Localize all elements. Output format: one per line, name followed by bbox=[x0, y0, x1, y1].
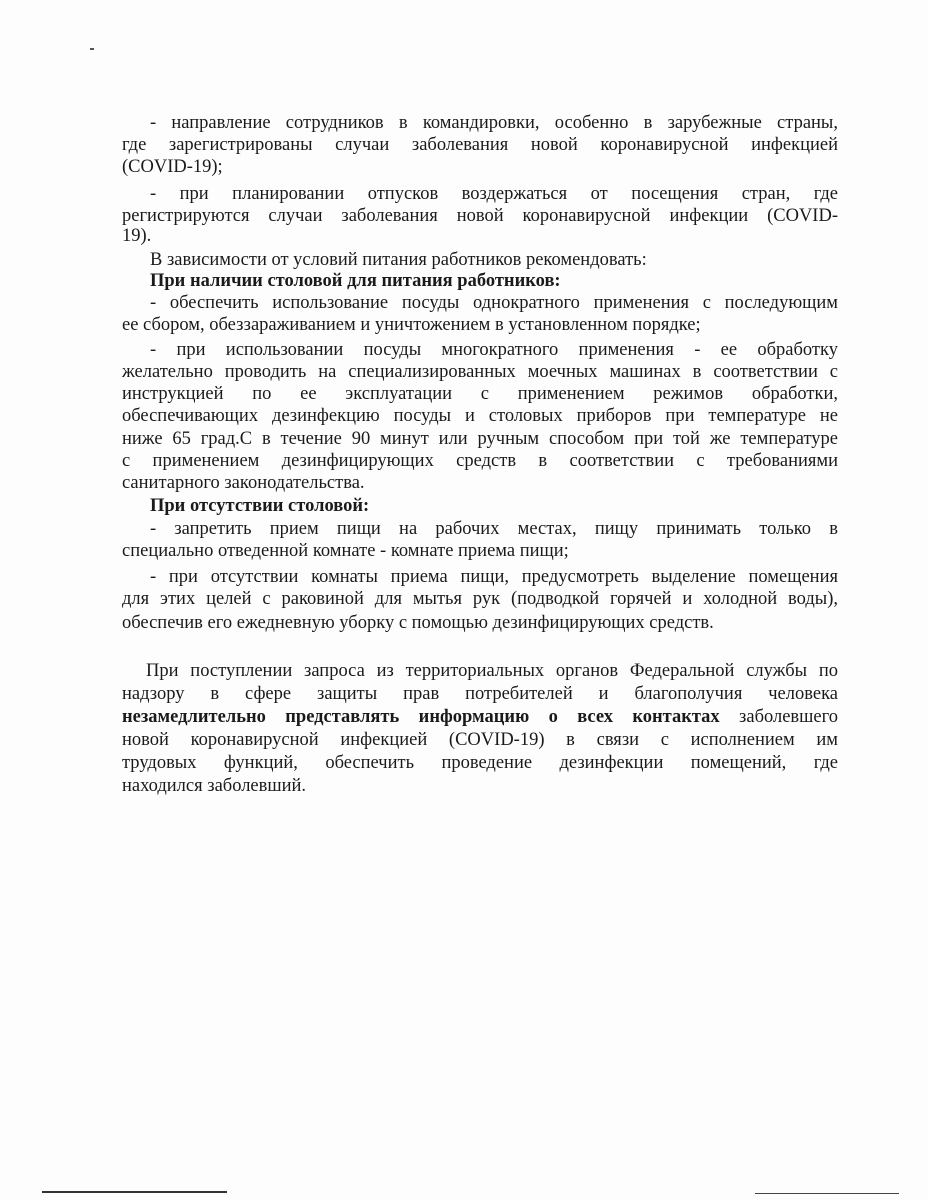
text-line: 19). bbox=[122, 225, 838, 247]
text-line: с применением дезинфицирующих средств в … bbox=[122, 450, 838, 472]
section-heading: При отсутствии столовой: bbox=[150, 495, 838, 517]
footer-rule-right bbox=[755, 1193, 899, 1194]
text-line: обеспечив его ежедневную уборку с помощь… bbox=[122, 612, 838, 634]
text-line: обеспечивающих дезинфекцию посуды и стол… bbox=[122, 405, 838, 427]
footer-rule-left bbox=[42, 1191, 227, 1193]
section-heading: При наличии столовой для питания работни… bbox=[150, 270, 838, 292]
text-line: - при использовании посуды многократного… bbox=[150, 339, 838, 361]
text-line: ниже 65 град.С в течение 90 минут или ру… bbox=[122, 428, 838, 450]
text-line: - при планировании отпусков воздержаться… bbox=[150, 183, 838, 205]
text-line: (COVID-19); bbox=[122, 156, 838, 178]
final-paragraph-line-2: надзору в сфере защиты прав потребителей… bbox=[122, 683, 838, 705]
text-line: В зависимости от условий питания работни… bbox=[150, 249, 838, 271]
final-paragraph-line-6: находился заболевший. bbox=[122, 775, 838, 797]
text-line: - обеспечить использование посуды однокр… bbox=[150, 292, 838, 314]
text-line: инструкцией по ее эксплуатации с примене… bbox=[122, 383, 838, 405]
text-line: специально отведенной комнате - комнате … bbox=[122, 540, 838, 562]
text-line: санитарного законодательства. bbox=[122, 472, 838, 494]
document-page: - направление сотрудников в командировки… bbox=[0, 0, 928, 1200]
text-line: для этих целей с раковиной для мытья рук… bbox=[122, 588, 838, 610]
text-line: ее сбором, обеззараживанием и уничтожени… bbox=[122, 314, 838, 336]
text-line: желательно проводить на специализированн… bbox=[122, 361, 838, 383]
text-line: регистрируются случаи заболевания новой … bbox=[122, 205, 838, 227]
final-paragraph-line-4: новой коронавирусной инфекцией (COVID-19… bbox=[122, 729, 838, 751]
text-line: где зарегистрированы случаи заболевания … bbox=[122, 134, 838, 156]
final-paragraph-line-1: При поступлении запроса из территориальн… bbox=[146, 660, 838, 682]
text-line: - запретить прием пищи на рабочих местах… bbox=[150, 518, 838, 540]
emphasis-text: незамедлительно представлять информацию … bbox=[122, 707, 720, 727]
text-line: - направление сотрудников в командировки… bbox=[150, 112, 838, 134]
final-paragraph-line-5: трудовых функций, обеспечить проведение … bbox=[122, 752, 838, 774]
scan-artifact-mark bbox=[90, 48, 94, 50]
text-line: - при отсутствии комнаты приема пищи, пр… bbox=[150, 566, 838, 588]
final-paragraph-line-3: незамедлительно представлять информацию … bbox=[122, 706, 838, 728]
line-text: заболевшего bbox=[720, 707, 838, 727]
